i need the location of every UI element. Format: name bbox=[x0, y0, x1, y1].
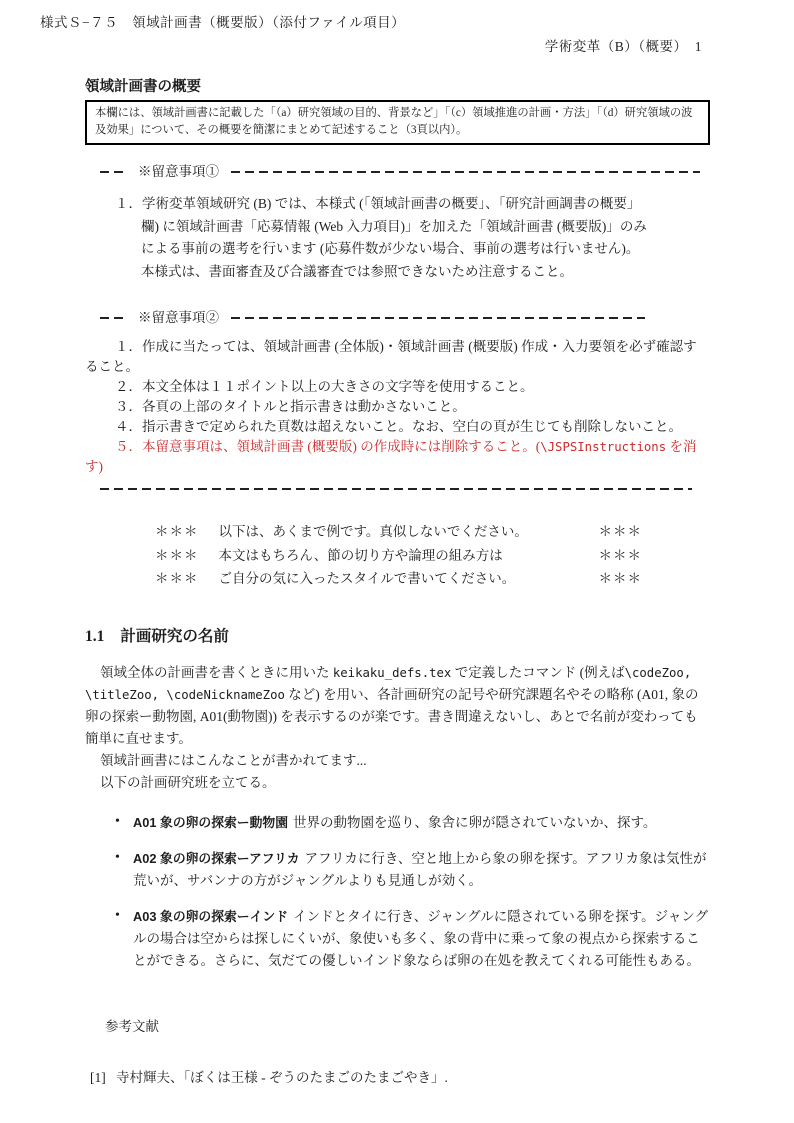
banner-text: 本文はもちろん、節の切り方や論理の組み方は bbox=[219, 544, 599, 568]
note2-label: ※留意事項② bbox=[138, 309, 219, 327]
note2-item-5-text: ５．本留意事項は、領域計画書 (概要版) の作成時には削除すること。( bbox=[115, 439, 540, 454]
bullet-title: A01 象の卵の探索ー動物園 bbox=[133, 815, 288, 830]
dashed-divider bbox=[100, 488, 692, 490]
banner-text: ご自分の気に入ったスタイルで書いてください。 bbox=[219, 567, 599, 591]
dashed-rule-fill bbox=[231, 317, 645, 319]
star-right: ＊＊＊ bbox=[599, 520, 643, 544]
reference-text: 寺村輝夫、「ぼくは王様 - ぞうのたまごのたまごやき」. bbox=[116, 1068, 710, 1088]
reference-label: [1] bbox=[90, 1068, 116, 1088]
list-item-a02: • A02 象の卵の探索ーアフリカアフリカに行き、空と地上から象の卵を探す。アフ… bbox=[115, 848, 710, 892]
example-banner: ＊＊＊ 以下は、あくまで例です。真似しないでください。 ＊＊＊ ＊＊＊ 本文はも… bbox=[155, 520, 642, 591]
bullet-icon: • bbox=[115, 905, 120, 927]
star-right: ＊＊＊ bbox=[599, 567, 643, 591]
note2-item-4: ４．指示書きで定められた頁数は超えないこと。なお、空白の頁が生じても削除しないこ… bbox=[85, 417, 710, 437]
page-content: 領域計画書の概要 本欄には、領域計画書に記載した「（a）研究領域の目的、背景など… bbox=[85, 78, 710, 1088]
note1-item: １．学術変革領域研究 (B) では、本様式 (「領域計画書の概要」、「研究計画調… bbox=[115, 193, 710, 283]
section-number: 1.1 bbox=[85, 628, 104, 645]
paragraph-2: 領域計画書にはこんなことが書かれてます... bbox=[85, 750, 710, 772]
form-number-label: 様式Ｓ−７５ 領域計画書（概要版）（添付ファイル項目） bbox=[40, 14, 754, 32]
note2-item-1: １．作成に当たっては、領域計画書 (全体版)・領域計画書 (概要版) 作成・入力… bbox=[85, 337, 710, 377]
list-item-a03: • A03 象の卵の探索ーインドインドとタイに行き、ジャングルに隠されている卵を… bbox=[115, 906, 710, 972]
jsps-instructions-command: \JSPSInstructions bbox=[540, 440, 666, 454]
instruction-box: 本欄には、領域計画書に記載した「（a）研究領域の目的、背景など」「（c）領域推進… bbox=[85, 100, 710, 145]
note1-label: ※留意事項① bbox=[138, 163, 219, 181]
section-heading: 1.1計画研究の名前 bbox=[85, 627, 710, 647]
star-left: ＊＊＊ bbox=[155, 544, 199, 568]
research-group-list: • A01 象の卵の探索ー動物園世界の動物園を巡り、象舎に卵が隠されていないか、… bbox=[85, 812, 710, 972]
dashed-rule-lead bbox=[100, 317, 126, 319]
reference-item: [1] 寺村輝夫、「ぼくは王様 - ぞうのたまごのたまごやき」. bbox=[90, 1068, 710, 1088]
paragraph-text: で定義したコマンド (例えば bbox=[451, 665, 624, 680]
instruction-text: 本欄には、領域計画書に記載した「（a）研究領域の目的、背景など」「（c）領域推進… bbox=[95, 107, 692, 136]
star-left: ＊＊＊ bbox=[155, 567, 199, 591]
tex-filename: keikaku_defs.tex bbox=[333, 666, 451, 680]
dashed-rule-lead bbox=[100, 171, 126, 173]
note2-item-3: ３．各頁の上部のタイトルと指示書きは動かさないこと。 bbox=[85, 397, 710, 417]
bullet-icon: • bbox=[115, 811, 120, 833]
paragraph-text: 領域全体の計画書を書くときに用いた bbox=[100, 665, 333, 680]
bullet-body: 世界の動物園を巡り、象舎に卵が隠されていないか、探す。 bbox=[293, 815, 656, 830]
paragraph-3: 以下の計画研究班を立てる。 bbox=[85, 772, 710, 794]
list-item-a01: • A01 象の卵の探索ー動物園世界の動物園を巡り、象舎に卵が隠されていないか、… bbox=[115, 812, 710, 834]
dashed-rule-fill bbox=[231, 171, 700, 173]
section-title: 計画研究の名前 bbox=[120, 628, 229, 645]
star-right: ＊＊＊ bbox=[599, 544, 643, 568]
star-left: ＊＊＊ bbox=[155, 520, 199, 544]
page-number-label: 学術変革（B）（概要） 1 bbox=[0, 38, 702, 56]
references-heading: 参考文献 bbox=[105, 1018, 710, 1036]
note1-rule: ※留意事項① bbox=[100, 163, 700, 181]
document-page: 様式Ｓ−７５ 領域計画書（概要版）（添付ファイル項目） 学術変革（B）（概要） … bbox=[0, 0, 794, 1123]
note2-item-2: ２．本文全体は１１ポイント以上の大きさの文字等を使用すること。 bbox=[85, 377, 710, 397]
banner-text: 以下は、あくまで例です。真似しないでください。 bbox=[219, 520, 599, 544]
bullet-title: A02 象の卵の探索ーアフリカ bbox=[133, 851, 300, 866]
paragraph-1: 領域全体の計画書を書くときに用いた keikaku_defs.tex で定義した… bbox=[85, 662, 710, 750]
banner-row: ＊＊＊ 以下は、あくまで例です。真似しないでください。 ＊＊＊ bbox=[155, 520, 642, 544]
note2-item-5: ５．本留意事項は、領域計画書 (概要版) の作成時には削除すること。(\JSPS… bbox=[85, 437, 710, 477]
banner-row: ＊＊＊ ご自分の気に入ったスタイルで書いてください。 ＊＊＊ bbox=[155, 567, 642, 591]
overview-section-title: 領域計画書の概要 bbox=[85, 78, 710, 96]
banner-row: ＊＊＊ 本文はもちろん、節の切り方や論理の組み方は ＊＊＊ bbox=[155, 544, 642, 568]
bullet-icon: • bbox=[115, 847, 120, 869]
bullet-title: A03 象の卵の探索ーインド bbox=[133, 909, 288, 924]
note2-items: １．作成に当たっては、領域計画書 (全体版)・領域計画書 (概要版) 作成・入力… bbox=[85, 337, 710, 477]
note2-rule: ※留意事項② bbox=[100, 309, 645, 327]
